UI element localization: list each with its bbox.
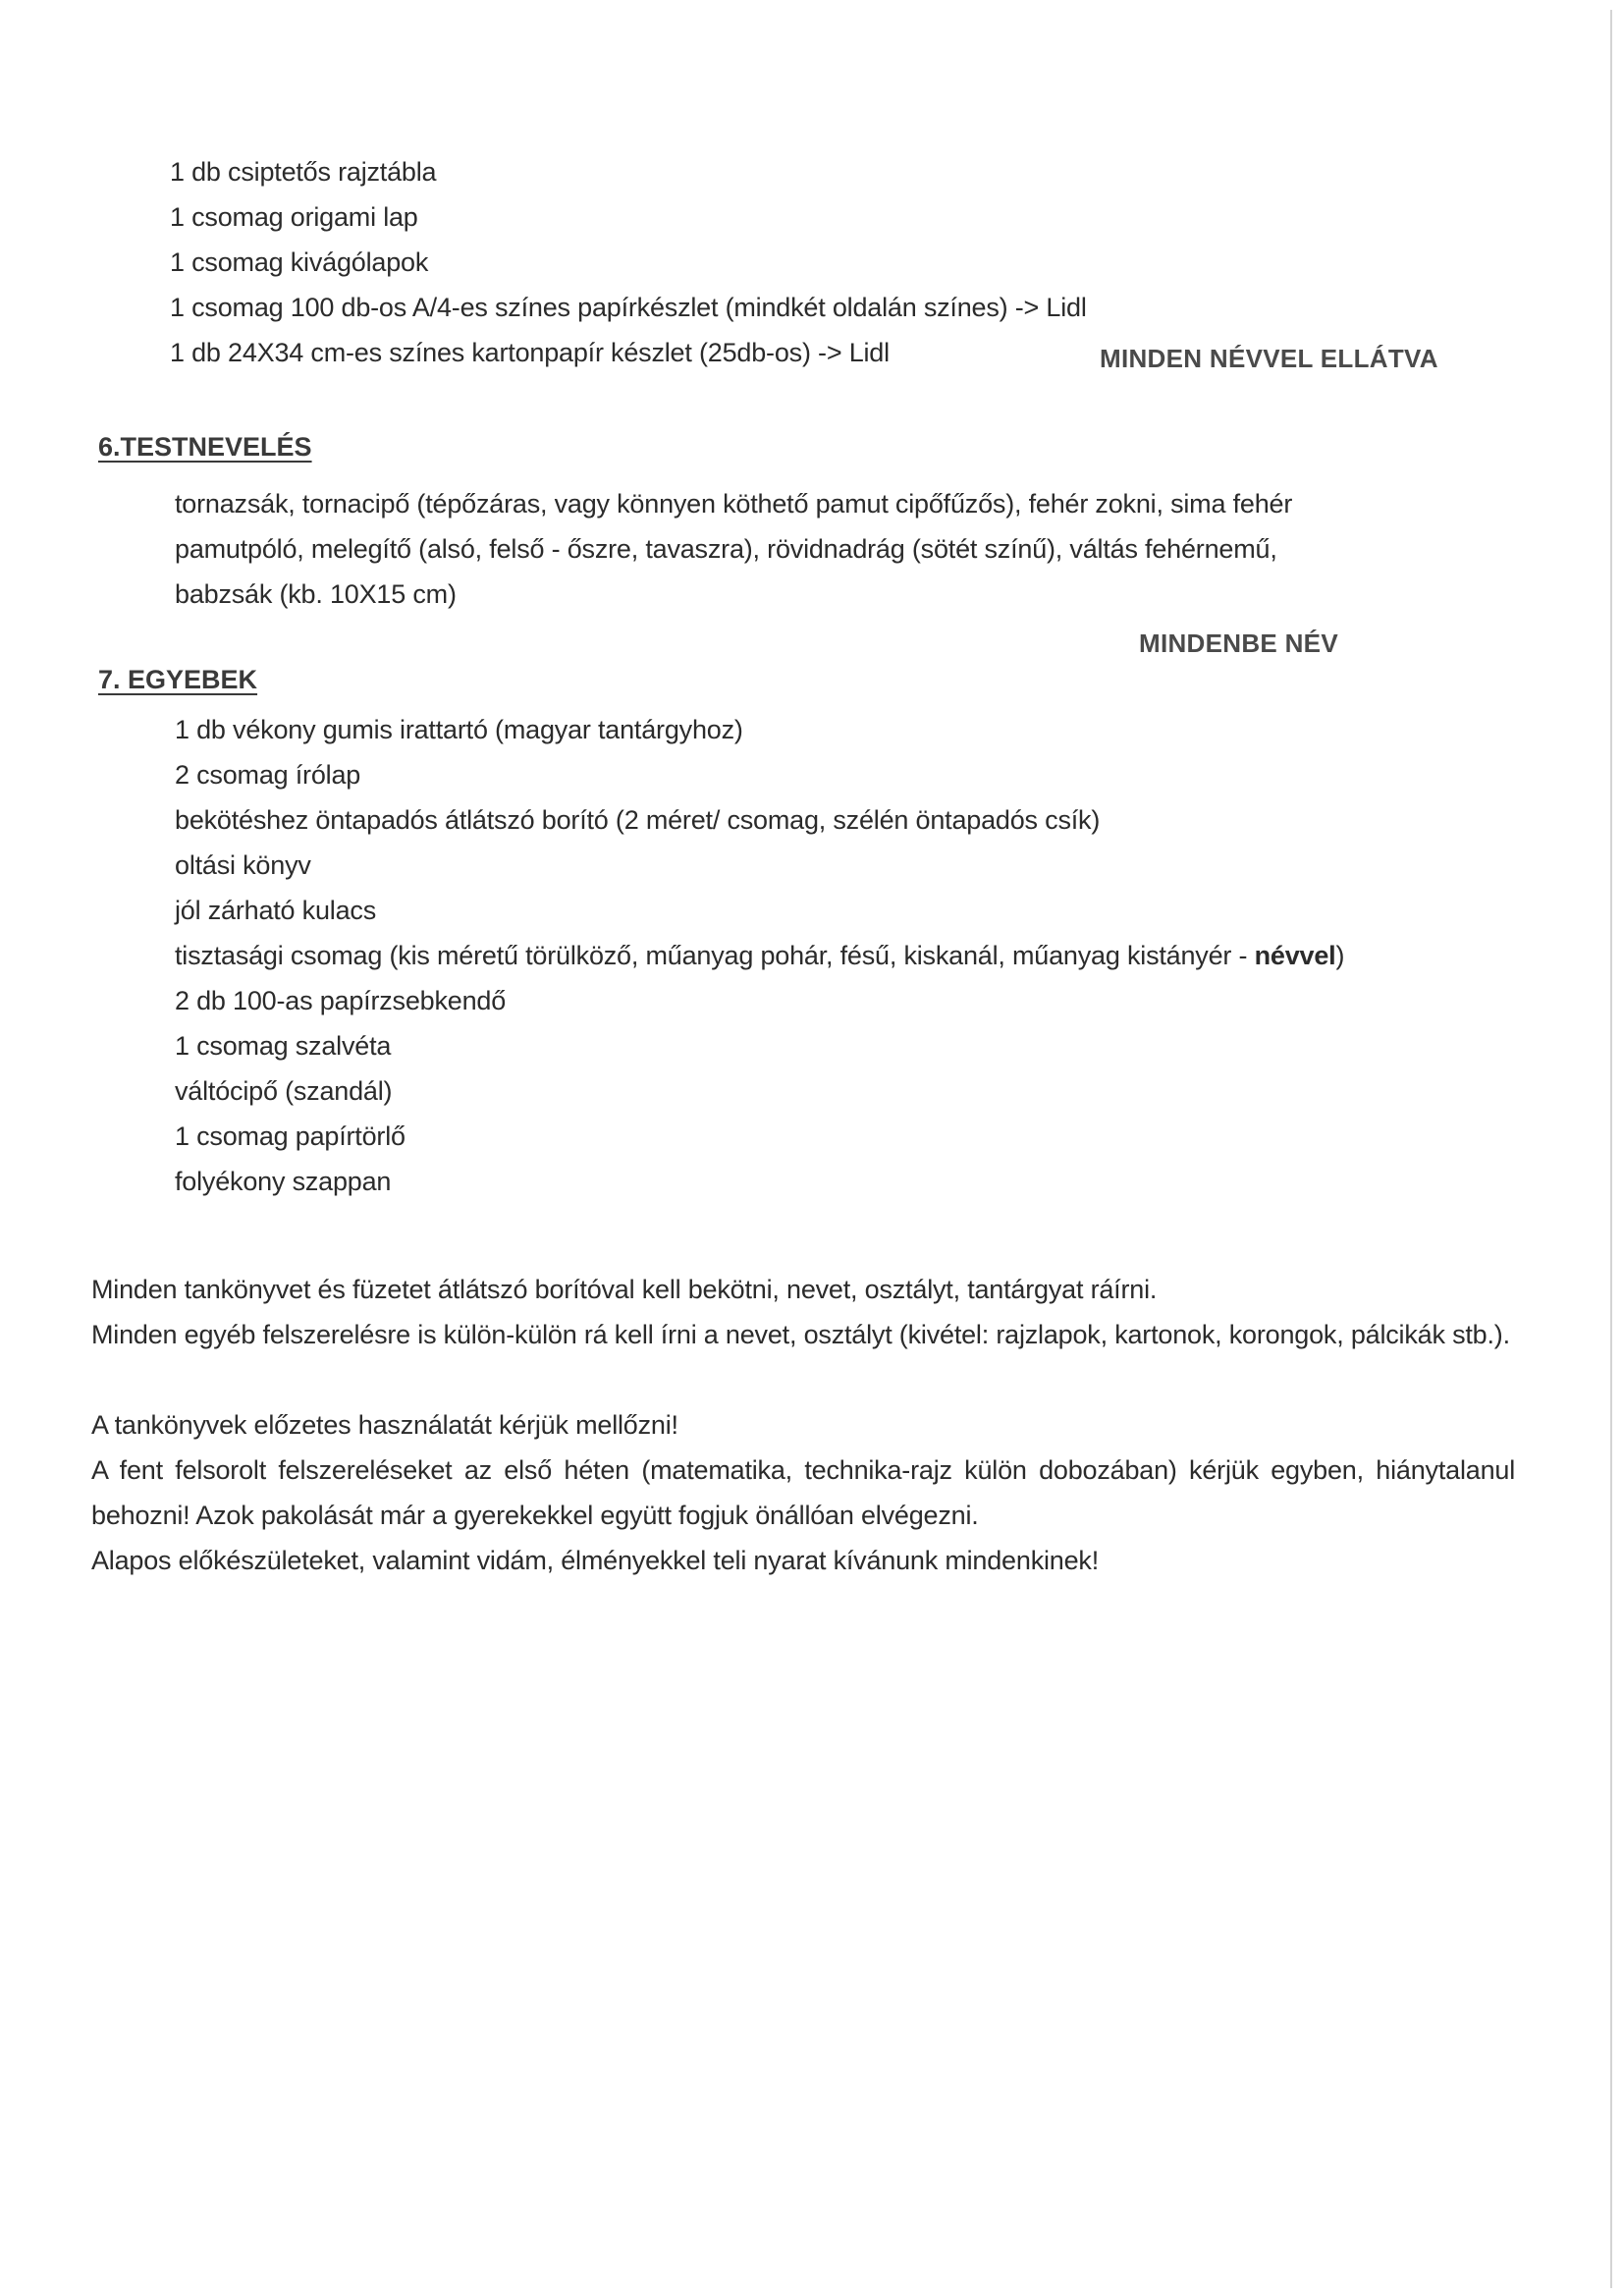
name-label-note: MINDEN NÉVVEL ELLÁTVA: [1100, 344, 1438, 374]
closing-paragraph: Minden egyéb felszerelésre is külön-külö…: [91, 1312, 1515, 1357]
list-item: 1 db vékony gumis irattartó (magyar tant…: [175, 717, 743, 743]
list-item: 1 csomag 100 db-os A/4-es színes papírké…: [170, 295, 1087, 321]
closing-paragraph: A fent felsorolt felszereléseket az első…: [91, 1448, 1515, 1538]
closing-paragraph: Minden tankönyvet és füzetet átlátszó bo…: [91, 1267, 1515, 1312]
list-item: váltócipő (szandál): [175, 1078, 392, 1105]
pe-line: babzsák (kb. 10X15 cm): [175, 581, 457, 608]
section-heading-pe: 6.TESTNEVELÉS: [98, 432, 312, 463]
list-item: tisztasági csomag (kis méretű törülköző,…: [175, 943, 1344, 969]
list-item: 2 db 100-as papírzsebkendő: [175, 988, 506, 1014]
pe-line: pamutpóló, melegítő (alsó, felső - őszre…: [175, 536, 1277, 563]
section-heading-other: 7. EGYEBEK: [98, 665, 257, 695]
closing-paragraph: A tankönyvek előzetes használatát kérjük…: [91, 1402, 1515, 1448]
list-item: 1 csomag origami lap: [170, 204, 418, 231]
list-item: oltási könyv: [175, 852, 311, 879]
list-item: 1 csomag kivágólapok: [170, 249, 428, 276]
list-item: 1 db csiptetős rajztábla: [170, 159, 436, 186]
closing-paragraph: Alapos előkészületeket, valamint vidám, …: [91, 1538, 1515, 1583]
hygiene-bold: névvel: [1255, 941, 1336, 970]
hygiene-text: tisztasági csomag (kis méretű törülköző,…: [175, 941, 1255, 970]
list-item: 1 csomag szalvéta: [175, 1033, 391, 1060]
hygiene-close: ): [1335, 941, 1344, 970]
pe-line: tornazsák, tornacipő (tépőzáras, vagy kö…: [175, 491, 1292, 518]
list-item: 2 csomag írólap: [175, 762, 360, 789]
list-item: bekötéshez öntapadós átlátszó borító (2 …: [175, 807, 1100, 834]
list-item: folyékony szappan: [175, 1169, 391, 1195]
list-item: 1 csomag papírtörlő: [175, 1123, 406, 1150]
name-label-note: MINDENBE NÉV: [1139, 629, 1338, 659]
list-item: 1 db 24X34 cm-es színes kartonpapír kész…: [170, 340, 890, 366]
list-item: jól zárható kulacs: [175, 898, 376, 924]
scan-edge-line: [1610, 10, 1612, 2288]
